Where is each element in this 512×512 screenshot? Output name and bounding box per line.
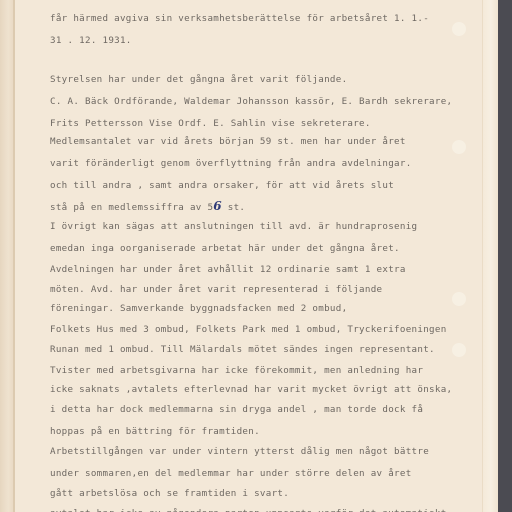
text-line: under sommaren,en del medlemmar har unde…	[50, 468, 412, 480]
text-line: gått arbetslösa och se framtiden i svart…	[50, 488, 289, 500]
text-line: Arbetstillgången var under vintern ytter…	[50, 446, 429, 458]
text-line-with-handwritten-correction: stå på en medlemssiffra av 56 st.	[50, 200, 245, 214]
text-line: Runan med 1 ombud. Till Mälardals mötet …	[50, 344, 435, 356]
text-fragment: stå på en medlemssiffra av 5	[50, 202, 213, 213]
text-line: får härmed avgiva sin verksamhetsberätte…	[50, 13, 429, 25]
text-line: Frits Pettersson Vise Ordf. E. Sahlin vi…	[50, 118, 371, 130]
text-line: i detta har dock medlemmarna sin dryga a…	[50, 404, 423, 416]
punch-hole	[452, 22, 466, 36]
scanned-document: får härmed avgiva sin verksamhetsberätte…	[0, 0, 512, 512]
punch-hole	[452, 343, 466, 357]
text-line: Folkets Hus med 3 ombud, Folkets Park me…	[50, 324, 447, 336]
text-line: Medlemsantalet var vid årets början 59 s…	[50, 136, 406, 148]
text-line: I övrigt kan sägas att anslutningen till…	[50, 221, 417, 233]
handwritten-digit: 6	[213, 199, 222, 213]
text-line: C. A. Bäck Ordförande, Waldemar Johansso…	[50, 96, 452, 108]
text-line: varit föränderligt genom överflyttning f…	[50, 158, 412, 170]
previous-page-edge	[0, 0, 14, 512]
text-line: icke saknats ,avtalets efterlevnad har v…	[50, 384, 452, 396]
page-stack-edge	[482, 0, 499, 512]
text-line: föreningar. Samverkande byggnadsfacken m…	[50, 303, 347, 315]
text-line: och till andra , samt andra orsaker, för…	[50, 180, 394, 192]
text-line: Styrelsen har under det gångna året vari…	[50, 74, 347, 86]
punch-hole	[452, 292, 466, 306]
text-line: Tvister med arbetsgivarna har icke förek…	[50, 365, 423, 377]
scan-background-border	[498, 0, 512, 512]
text-line: emedan inga oorganiserade arbetat här un…	[50, 243, 400, 255]
text-line: Avdelningen har under året avhållit 12 o…	[50, 264, 406, 276]
text-fragment: st.	[222, 202, 245, 213]
text-line: avtalet har icke av någondera parten upp…	[50, 508, 447, 512]
text-line: möten. Avd. har under året varit represe…	[50, 284, 382, 296]
text-line: 31 . 12. 1931.	[50, 35, 132, 47]
text-line: hoppas på en bättring för framtiden.	[50, 426, 260, 438]
punch-hole	[452, 140, 466, 154]
